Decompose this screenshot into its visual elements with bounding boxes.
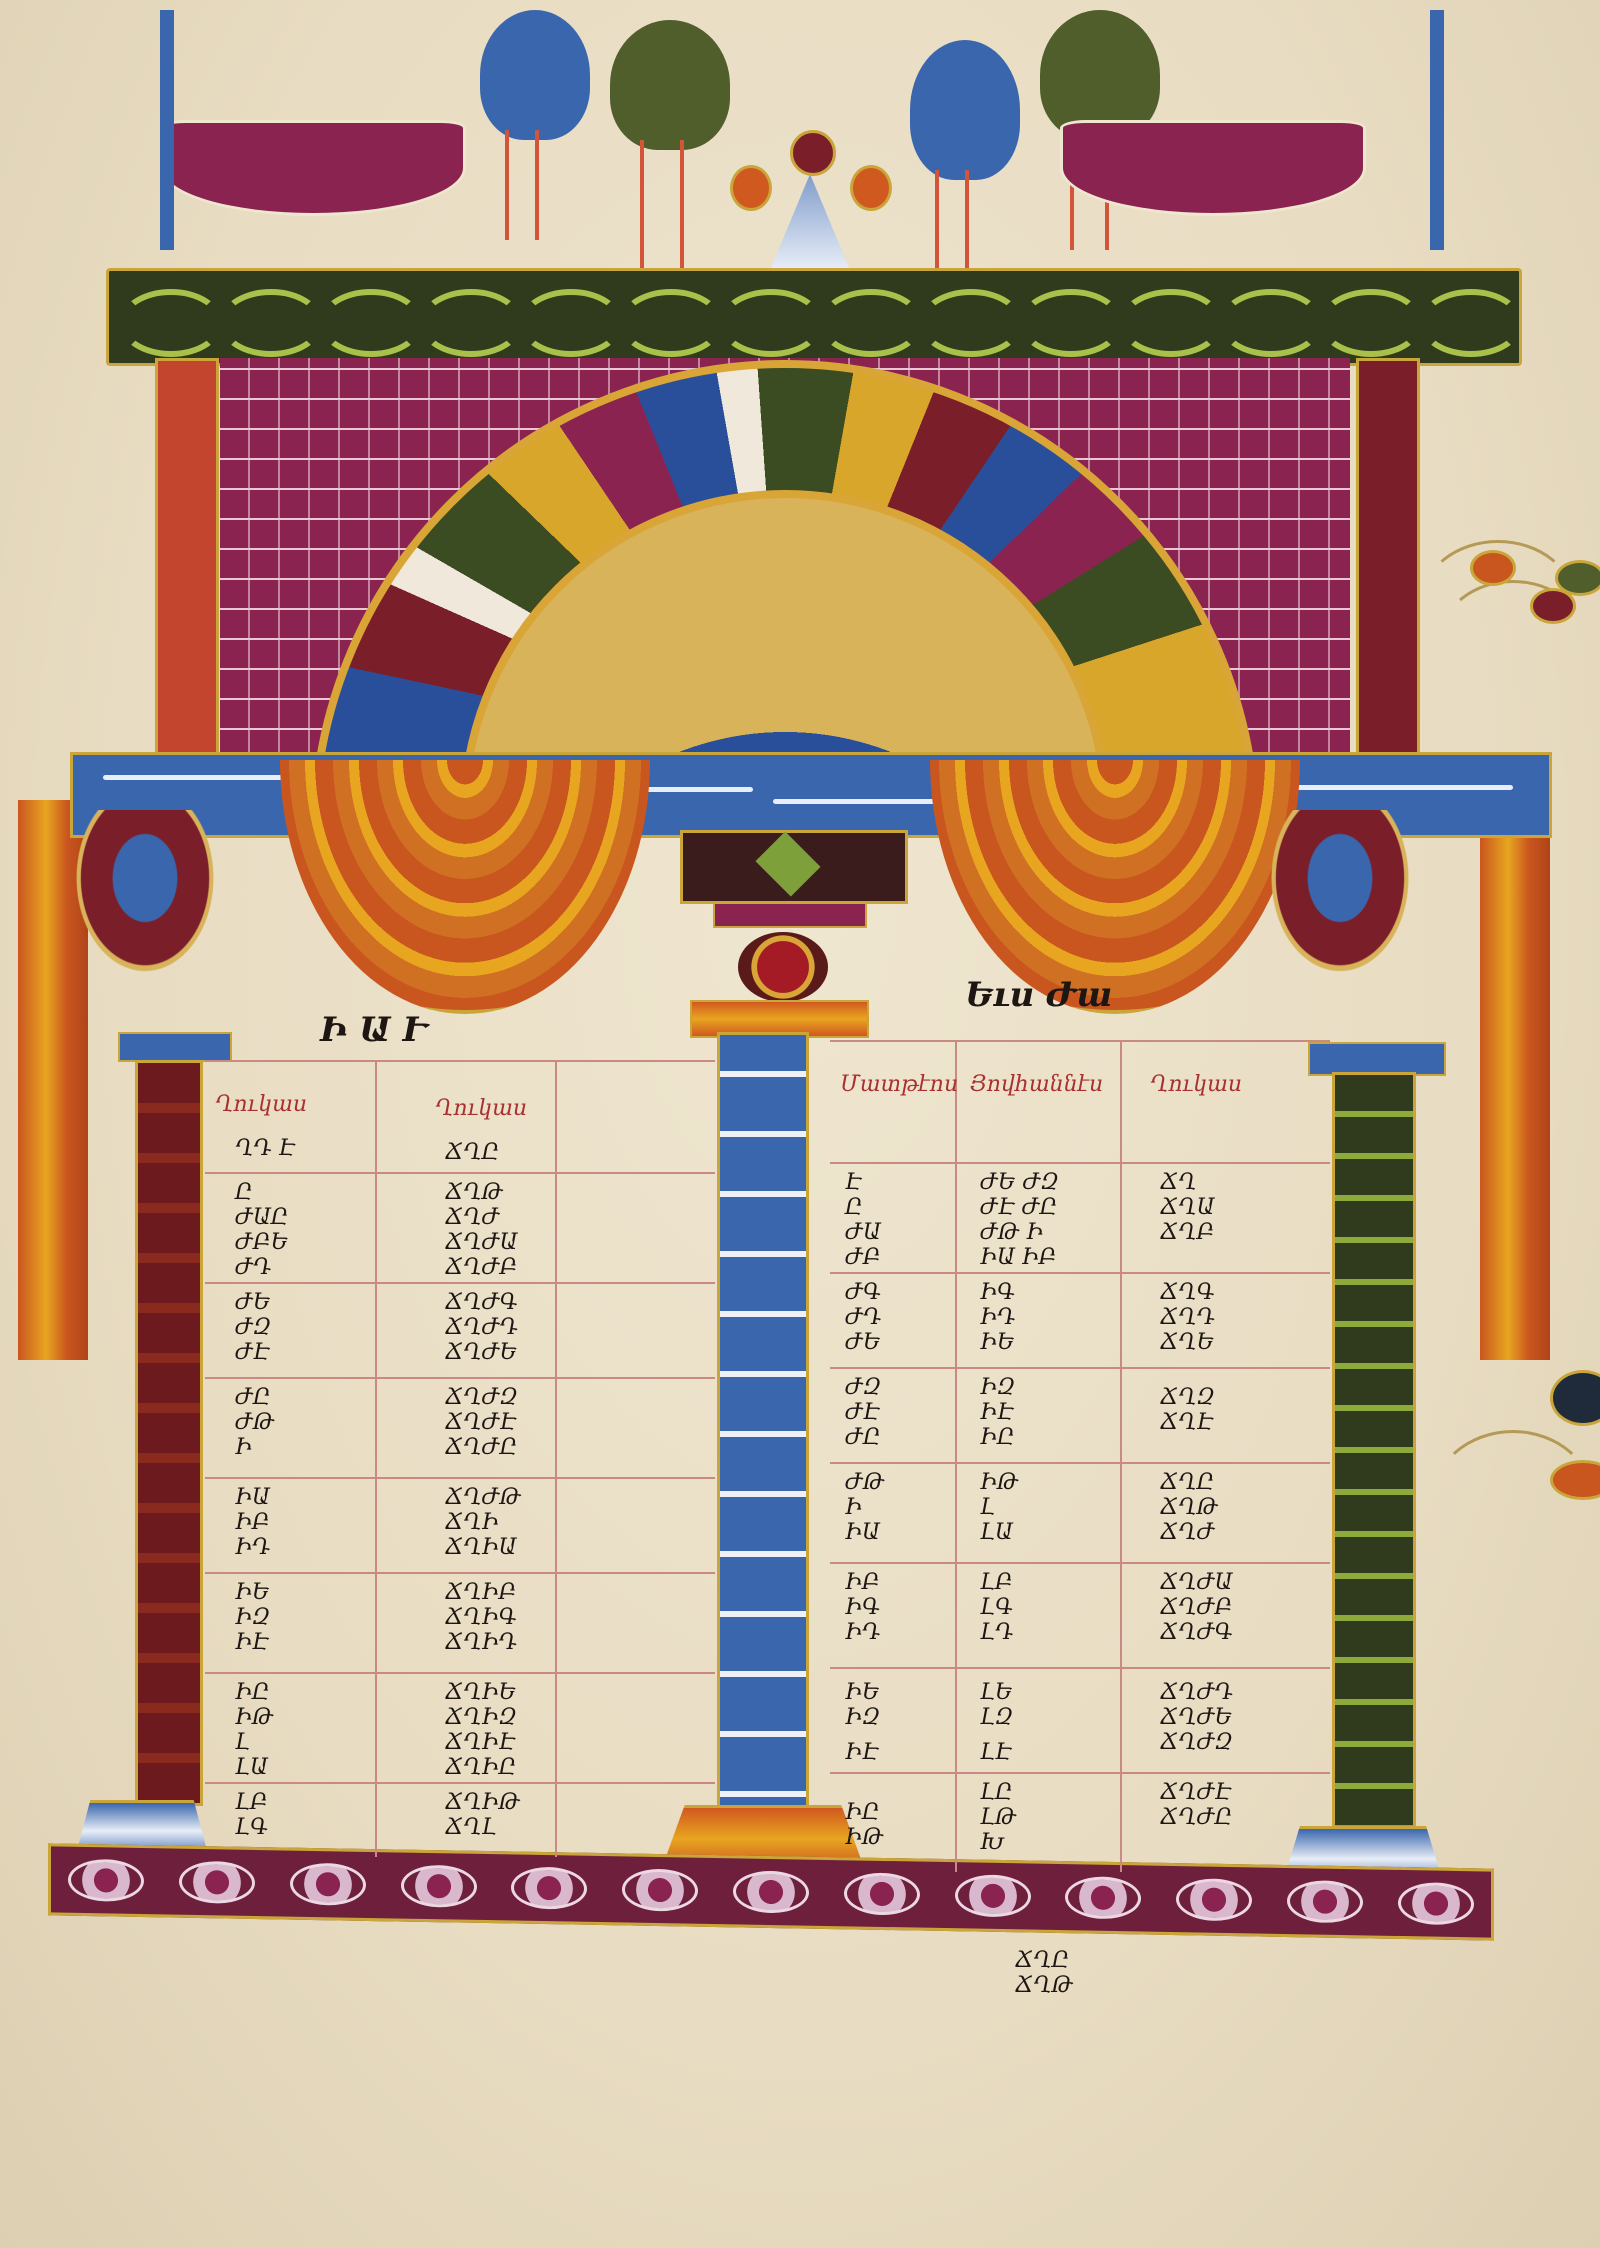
column-middle-meander — [717, 1032, 809, 1808]
vine-scroll — [319, 289, 423, 357]
canon-number: ԼԸ — [980, 1782, 1013, 1804]
canon-number: ԺԴ — [235, 1257, 271, 1279]
eye-motif — [955, 1874, 1031, 1917]
canon-number: ԻԸ — [235, 1682, 270, 1704]
keystone-knot — [680, 830, 908, 904]
canon-number: ԺԲ — [845, 1247, 881, 1269]
canon-number: Ը — [845, 1197, 863, 1219]
canon-number: ՃՂԺԷ — [1160, 1782, 1231, 1804]
canon-number: ԻԶ — [235, 1607, 270, 1629]
canon-number: ԺԱ — [845, 1222, 881, 1244]
canon-number: ԻԲ — [845, 1572, 880, 1594]
canon-number: ՃՂԷ — [1160, 1412, 1213, 1434]
canon-number: ԻԷ — [845, 1742, 879, 1764]
eye-motif — [1176, 1878, 1252, 1921]
canon-number: Խ — [980, 1832, 1004, 1854]
canon-number: ԻԷ — [235, 1632, 269, 1654]
canon-number: ԻԹ — [845, 1827, 883, 1849]
table-rule — [830, 1562, 1330, 1564]
canon-number: Լ — [980, 1497, 995, 1519]
dark-roundel — [1550, 1370, 1600, 1426]
canon-number: ՃՂԹ — [1160, 1497, 1218, 1519]
canon-number: ԺԹ Ի — [980, 1222, 1043, 1244]
canon-number: ԻԲ — [235, 1512, 270, 1534]
canon-number: ԼԳ — [235, 1817, 268, 1839]
central-roundel — [790, 130, 836, 176]
margin-vine — [1420, 520, 1600, 1820]
table-rule — [375, 1062, 377, 1857]
canon-number: ՃՂԺԷ — [445, 1412, 516, 1434]
vine-scroll — [1019, 289, 1123, 357]
canon-number: ԻԹ — [980, 1472, 1018, 1494]
canon-number: Լ — [235, 1732, 250, 1754]
canon-number: ԼԶ — [980, 1707, 1013, 1729]
vine-scroll — [1419, 289, 1522, 357]
column-header: Ղուկաս — [215, 1092, 307, 1117]
canon-number: Ի — [235, 1437, 252, 1459]
table-rule — [830, 1272, 1330, 1274]
canon-number: ԻԵ — [845, 1682, 880, 1704]
canon-number: ԼԴ — [980, 1622, 1013, 1644]
vine-scroll — [1119, 289, 1223, 357]
bird-blue-2 — [910, 40, 1020, 180]
canon-number: ԺԸ — [235, 1387, 271, 1409]
vine-tendril — [1430, 1430, 1596, 1576]
vine-scroll — [419, 289, 523, 357]
canon-number: ՃՂԻԷ — [445, 1732, 515, 1754]
bird-leg — [965, 170, 969, 270]
canon-number: ՃՂԺԴ — [445, 1317, 518, 1339]
canon-number: ԼԱ — [980, 1522, 1013, 1544]
canon-number: Ը — [235, 1182, 253, 1204]
canon-number: ՃՂԳ — [1160, 1282, 1214, 1304]
canon-number: ՃՂԺԶ — [1160, 1732, 1233, 1754]
vine-scroll — [919, 289, 1023, 357]
vine-scroll — [619, 289, 723, 357]
canon-number: ՃՂԺԸ — [445, 1437, 517, 1459]
canon-number: ՃՂ — [1160, 1172, 1197, 1194]
eye-motif — [401, 1865, 477, 1908]
canon-number: Է — [845, 1172, 862, 1194]
eye-motif — [1287, 1880, 1363, 1923]
bird-left-purple — [160, 120, 466, 216]
canon-number: ՃՂԺԸ — [1160, 1807, 1232, 1829]
canon-number: ԺԶ — [235, 1317, 271, 1339]
vine-scroll — [1219, 289, 1323, 357]
canon-number: ՃՂԻԳ — [445, 1607, 516, 1629]
canon-number: ՃՂԼ — [445, 1817, 497, 1839]
canon-number: ՃՂԺԲ — [445, 1257, 517, 1279]
canon-number: ՃՂԻ — [445, 1512, 499, 1534]
canon-number: ՃՂԻԵ — [445, 1682, 516, 1704]
canon-number: ԼԱ — [235, 1757, 268, 1779]
right-canon-table: Մատթէոս Յովհաննէս Ղուկաս Է Ը ԺԱ ԺԲ ԺԳ ԺԴ… — [830, 1040, 1330, 1872]
canon-number: ԻԷ — [980, 1402, 1014, 1424]
canon-number: ՃՂԸ — [445, 1142, 499, 1164]
canon-number: ԺԵ ԺԶ — [980, 1172, 1059, 1194]
canon-number: ԺԶ — [845, 1377, 881, 1399]
table-rule — [205, 1672, 715, 1674]
table-rule — [205, 1377, 715, 1379]
canon-number: ՃՂԻԱ — [445, 1537, 516, 1559]
vine-scroll — [819, 289, 923, 357]
canon-number: Ի — [845, 1497, 862, 1519]
canon-number: ԺԹ — [845, 1472, 884, 1494]
meander-line — [103, 775, 303, 780]
bird-frieze — [110, 0, 1510, 270]
canon-number: ԺԷ — [235, 1342, 270, 1364]
footnote-number: ՃՂԸ — [1015, 1950, 1069, 1972]
vine-scroll — [119, 289, 223, 357]
canon-number: ՃՂԺԱ — [1160, 1572, 1232, 1594]
table-rule — [830, 1462, 1330, 1464]
canon-number: ՃՂԻԹ — [445, 1792, 520, 1814]
canon-number: ԺԱԸ — [235, 1207, 289, 1229]
canon-number: ԻԱ — [235, 1487, 270, 1509]
vine-scroll-band — [106, 268, 1522, 366]
canon-number: ԼԷ — [980, 1742, 1012, 1764]
eye-motif — [68, 1859, 144, 1902]
table-rule — [830, 1772, 1330, 1774]
column-header: Ղուկաս — [435, 1096, 527, 1121]
bird-leg — [505, 130, 509, 240]
canon-number: ԺԴ — [845, 1307, 881, 1329]
canon-number: ՃՂԸ — [1160, 1472, 1214, 1494]
vine-scroll — [219, 289, 323, 357]
column-header: Յովհաննէս — [970, 1072, 1103, 1097]
eye-motif — [1065, 1876, 1141, 1919]
eye-motif — [179, 1861, 255, 1904]
canon-number: ԺԳ — [845, 1282, 881, 1304]
canon-number: ԻԵ — [980, 1332, 1015, 1354]
table-rule — [830, 1667, 1330, 1669]
orange-roundel — [1470, 550, 1516, 586]
right-table-title: Եւս Ժա — [965, 975, 1112, 1015]
canon-number: ԺԹ — [235, 1412, 274, 1434]
bird-leg — [640, 140, 644, 270]
capital-left — [70, 810, 220, 980]
canon-number: ԺԸ — [845, 1427, 881, 1449]
capital-right — [1265, 810, 1415, 980]
column-right-interlace — [1332, 1072, 1416, 1836]
canon-number: ԻԱ — [845, 1522, 880, 1544]
eye-motif — [844, 1872, 920, 1915]
footnote-number: ՃՂԹ — [1015, 1975, 1073, 1997]
canon-number: ՃՂԻԸ — [445, 1757, 516, 1779]
eye-motif — [1398, 1882, 1474, 1925]
canon-number: ՃՂԺԶ — [445, 1387, 518, 1409]
canon-number: ՃՂԺ — [445, 1207, 500, 1229]
canon-number: ՃՂԴ — [1160, 1307, 1215, 1329]
canon-number: ՃՂԵ — [1160, 1332, 1214, 1354]
canon-number: ԺԷ — [845, 1402, 880, 1424]
crimson-roundel — [1530, 588, 1576, 624]
canon-number: ԻԵ — [235, 1582, 270, 1604]
center-medallion — [738, 932, 828, 1002]
table-rule — [1120, 1042, 1122, 1872]
canon-number: ԼԳ — [980, 1597, 1013, 1619]
eye-motif — [290, 1863, 366, 1906]
canon-number: ՃՂԹ — [445, 1182, 503, 1204]
canon-number: ԼԲ — [235, 1792, 268, 1814]
canon-number: ԻԱ ԻԲ — [980, 1247, 1057, 1269]
bird-leg — [680, 140, 684, 270]
canon-number: ՃՂԺԵ — [445, 1342, 517, 1364]
eye-motif — [733, 1870, 809, 1913]
table-rule — [205, 1572, 715, 1574]
canon-number: ԼԵ — [980, 1682, 1013, 1704]
canon-number: ՃՂԲ — [1160, 1222, 1214, 1244]
canon-number: ԻԶ — [845, 1707, 880, 1729]
canon-number: ՃՂԱ — [1160, 1197, 1214, 1219]
orange-roundel-right — [850, 165, 892, 211]
canon-number: ՃՂԻԶ — [445, 1707, 517, 1729]
orange-roundel-left — [730, 165, 772, 211]
canon-number: ՃՂԺԳ — [1160, 1622, 1232, 1644]
center-bar — [713, 902, 867, 928]
bird-leg — [935, 170, 939, 270]
canon-number: ԻԴ — [980, 1307, 1015, 1329]
canon-number: ՃՂԺԱ — [445, 1232, 517, 1254]
column-left-interlace — [135, 1060, 203, 1806]
bird-right-purple — [1060, 120, 1366, 216]
canon-number: ԻԸ — [845, 1802, 880, 1824]
left-table-title: Ի Ա Ւ — [320, 1010, 427, 1050]
table-rule — [830, 1162, 1330, 1164]
left-canon-table: Ղուկաս Ղուկաս ՂԴ Է Ը ԺԱԸ ԺԲԵ ԺԴ ԺԵ ԺԶ ԺԷ… — [205, 1060, 715, 1857]
table-rule — [205, 1782, 715, 1784]
canon-number: ԻԴ — [235, 1537, 270, 1559]
canon-number: ԼԲ — [980, 1572, 1013, 1594]
column-capital-left — [118, 1032, 232, 1062]
canon-number: ԻԸ — [980, 1427, 1015, 1449]
pilaster-left-upper — [155, 358, 219, 764]
pilaster-right-upper — [1356, 358, 1420, 764]
bird-green-1 — [610, 20, 730, 150]
corner-blue-right — [1430, 10, 1444, 250]
canon-number: ԺԵ — [845, 1332, 881, 1354]
eye-motif — [511, 1866, 587, 1909]
canon-number: ԻԳ — [980, 1282, 1015, 1304]
canon-number: ԺԷ ԺԸ — [980, 1197, 1057, 1219]
canon-number: ԼԹ — [980, 1807, 1016, 1829]
canon-number: ԺԵ — [235, 1292, 271, 1314]
table-rule — [205, 1172, 715, 1174]
canon-number: ՃՂԺԵ — [1160, 1707, 1232, 1729]
vine-scroll — [719, 289, 823, 357]
table-rule — [205, 1282, 715, 1284]
canon-number: ԻԳ — [845, 1597, 880, 1619]
canon-number: ՃՂԻԲ — [445, 1582, 516, 1604]
canon-number: ՃՂԻԴ — [445, 1632, 517, 1654]
canon-number: ՃՂԺԲ — [1160, 1597, 1232, 1619]
column-header: Ղուկաս — [1150, 1072, 1242, 1097]
table-rule — [555, 1062, 557, 1857]
bird-blue-1 — [480, 10, 590, 140]
canon-number: ՃՂԺ — [1160, 1522, 1215, 1544]
vine-scroll — [519, 289, 623, 357]
table-rule — [955, 1042, 957, 1872]
canon-number: ՂԴ Է — [235, 1138, 295, 1160]
eye-motif — [622, 1868, 698, 1911]
canon-number: ՃՂԶ — [1160, 1387, 1215, 1409]
canon-number: ՃՂԺԴ — [1160, 1682, 1233, 1704]
vine-scroll — [1319, 289, 1423, 357]
table-rule — [205, 1477, 715, 1479]
canon-number: ՃՂԺԳ — [445, 1292, 517, 1314]
canon-number: ԺԲԵ — [235, 1232, 289, 1254]
bird-leg — [535, 130, 539, 240]
canon-number: ԻԴ — [845, 1622, 880, 1644]
canon-number: ԻԶ — [980, 1377, 1015, 1399]
canon-number: ԻԹ — [235, 1707, 273, 1729]
column-header: Մատթէոս — [840, 1072, 958, 1097]
canon-number: ՃՂԺԹ — [445, 1487, 521, 1509]
corner-blue-left — [160, 10, 174, 250]
table-rule — [830, 1367, 1330, 1369]
